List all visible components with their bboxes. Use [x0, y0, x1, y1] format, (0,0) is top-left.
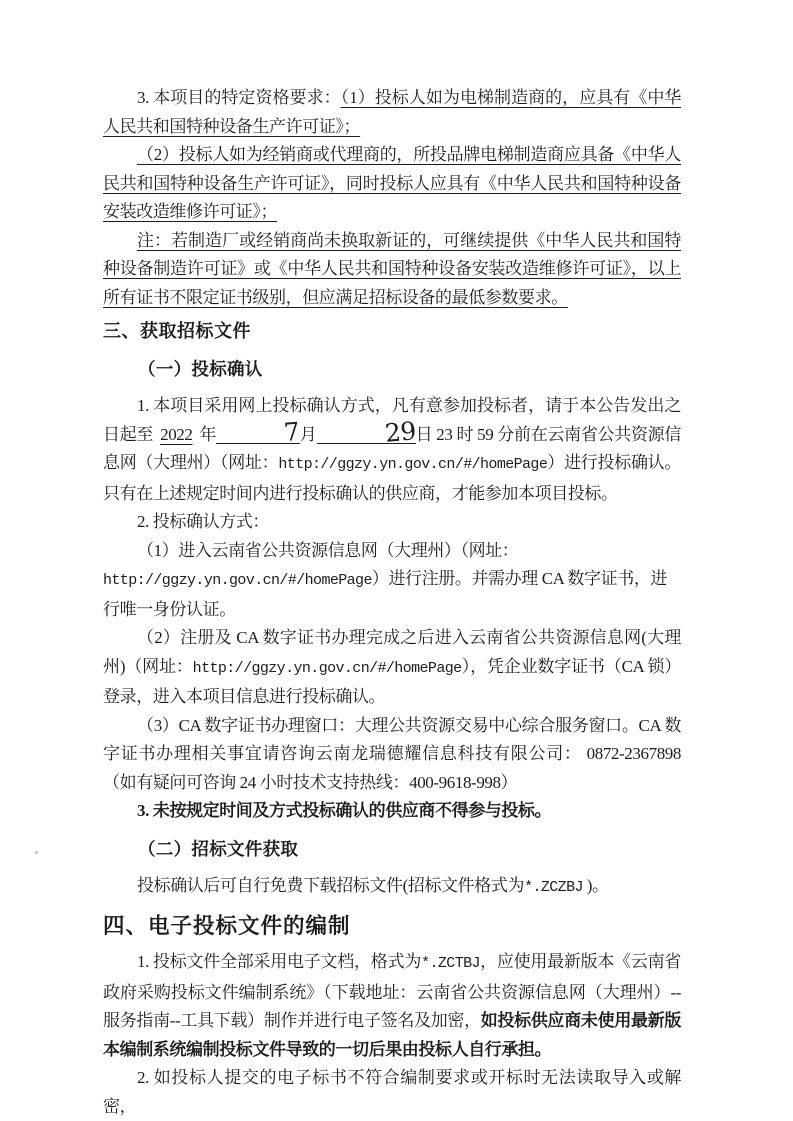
para-confirm-warning: 3. 未按规定时间及方式投标确认的供应商不得参与投标。: [103, 797, 681, 826]
qualification-note: 注：若制造厂或经销商尚未换取新证的，可继续提供《中华人民共和国特种设备制造许可证…: [103, 231, 681, 307]
para-efile-requirement: 1. 投标文件全部采用电子文档，格式为*.ZCTBJ，应使用最新版本《云南省政府…: [103, 948, 681, 1064]
confirm-portal-url: http://ggzy.yn.gov.cn/#/homePage: [278, 456, 547, 473]
handwritten-day-blank: 29: [317, 422, 416, 444]
qualification-item2: （2）投标人如为经销商或代理商的，所投品牌电梯制造商应具备《中华人民共和国特种设…: [103, 145, 681, 221]
para-qualification-item2: （2）投标人如为经销商或代理商的，所投品牌电梯制造商应具备《中华人民共和国特种设…: [103, 141, 681, 227]
para-file-download: 投标确认后可自行免费下载招标文件(招标文件格式为*.ZCZBJ )。: [103, 872, 681, 903]
subsection-title-file-obtain: （二）招标文件获取: [103, 835, 681, 864]
step1-portal-url: http://ggzy.yn.gov.cn/#/homePage: [103, 572, 372, 589]
document-page: 3. 本项目的特定资格要求：（1）投标人如为电梯制造商的，应具有《中华人民共和国…: [103, 84, 681, 1121]
para-confirm-step3: （3）CA 数字证书办理窗口：大理公共资源交易中心综合服务窗口。CA 数字证书办…: [103, 712, 681, 798]
para-qualification-note: 注：若制造厂或经销商尚未换取新证的，可继续提供《中华人民共和国特种设备制造许可证…: [103, 227, 681, 313]
handwritten-month-blank: 7: [216, 422, 300, 444]
para-confirm-method-label: 2. 投标确认方式：: [103, 508, 681, 537]
step2-portal-url: http://ggzy.yn.gov.cn/#/homePage: [193, 660, 462, 677]
confirm-deadline-text-b: 年: [196, 425, 217, 444]
handwritten-month-value: 7: [249, 421, 300, 445]
file-download-text-b: )。: [583, 876, 609, 895]
para-confirm-step2: （2）注册及 CA 数字证书办理完成之后进入云南省公共资源信息网(大理州)（网址…: [103, 624, 681, 712]
section-title-4: 四、电子投标文件的编制: [103, 912, 681, 941]
tender-file-format: *.ZCZBJ: [524, 879, 583, 896]
confirm-deadline-text-c: 月: [300, 425, 317, 444]
scan-speck: [35, 851, 38, 854]
qualification-lead: 3. 本项目的特定资格要求：: [137, 88, 341, 107]
section-title-3: 三、获取招标文件: [103, 317, 681, 346]
subsection-title-bid-confirm: （一）投标确认: [103, 355, 681, 384]
confirm-year-value: 2022: [157, 425, 195, 444]
para-confirm-deadline: 1. 本项目采用网上投标确认方式，凡有意参加投标者，请于本公告发出之日起至 20…: [103, 392, 681, 508]
handwritten-day-value: 29: [350, 421, 417, 447]
para-efile-decrypt: 2. 如投标人提交的电子标书不符合编制要求或开标时无法读取导入或解密，: [103, 1064, 681, 1121]
bid-file-format: *.ZCTBJ: [421, 955, 480, 972]
step1-text-a: （1）进入云南省公共资源信息网（大理州）（网址：: [137, 541, 518, 560]
para-qualification: 3. 本项目的特定资格要求：（1）投标人如为电梯制造商的，应具有《中华人民共和国…: [103, 84, 681, 141]
para-confirm-step1: （1）进入云南省公共资源信息网（大理州）（网址：http://ggzy.yn.g…: [103, 537, 681, 625]
efile-text-a: 1. 投标文件全部采用电子文档，格式为: [137, 952, 421, 971]
file-download-text-a: 投标确认后可自行免费下载招标文件(招标文件格式为: [137, 876, 524, 895]
